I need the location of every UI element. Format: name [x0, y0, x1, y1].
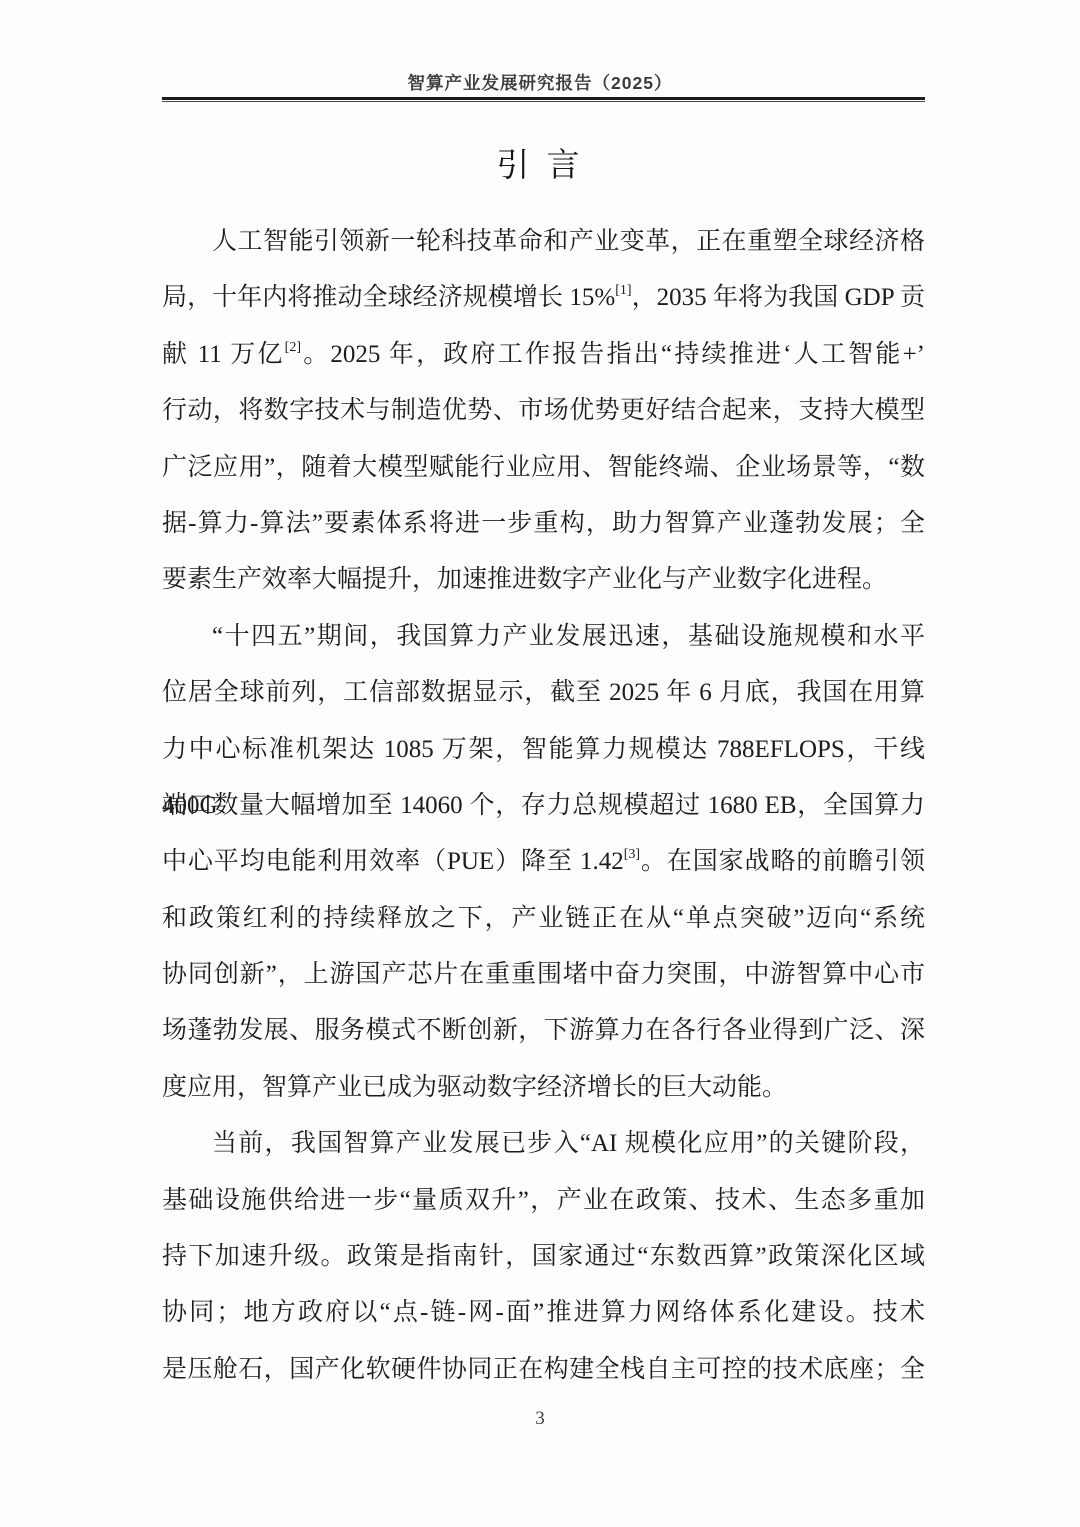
text-segment: 度应用，智算产业已成为驱动数字经济增长的巨大动能。	[162, 1074, 787, 1101]
paragraph-line: 持下加速升级。政策是指南针，国家通过“东数西算”政策深化区域	[162, 1229, 925, 1285]
text-segment: 场蓬勃发展、服务模式不断创新，下游算力在各行各业得到广泛、深	[162, 1017, 925, 1044]
text-segment: 基础设施供给进一步“量质双升”，产业在政策、技术、生态多重加	[162, 1187, 925, 1214]
text-segment: 广泛应用”，随着大模型赋能行业应用、智能终端、企业场景等，“数	[162, 454, 925, 481]
paragraph-line: 协同；地方政府以“点-链-网-面”推进算力网络体系化建设。技术	[162, 1285, 925, 1341]
running-header: 智算产业发展研究报告（2025）	[0, 70, 1080, 95]
text-segment: 行动，将数字技术与制造优势、市场优势更好结合起来，支持大模型	[162, 397, 925, 424]
paragraph-line: 行动，将数字技术与制造优势、市场优势更好结合起来，支持大模型	[162, 383, 925, 439]
paragraph-line: 和政策红利的持续释放之下，产业链正在从“单点突破”迈向“系统	[162, 891, 925, 947]
text-segment: 当前，我国智算产业发展已步入“AI 规模化应用”的关键阶段，	[212, 1130, 925, 1157]
page-title: 引 言	[0, 139, 1080, 186]
page-number: 3	[0, 1408, 1080, 1430]
paragraph-line: 位居全球前列，工信部数据显示，截至 2025 年 6 月底，我国在用算	[162, 665, 925, 721]
paragraph-line: 广泛应用”，随着大模型赋能行业应用、智能终端、企业场景等，“数	[162, 440, 925, 496]
text-segment: 。2025 年，政府工作报告指出“持续推进‘人工智能+’	[301, 341, 925, 368]
text-segment: 局，十年内将推动全球经济规模增长 15%	[162, 284, 615, 311]
text-segment: 和政策红利的持续释放之下，产业链正在从“单点突破”迈向“系统	[162, 905, 925, 932]
paragraph-line: 要素生产效率大幅提升，加速推进数字产业化与产业数字化进程。	[162, 552, 925, 608]
paragraph-line: 力中心标准机架达 1085 万架，智能算力规模达 788EFLOPS，干线 40…	[162, 722, 925, 778]
header-rule	[162, 97, 925, 102]
text-segment: 中心平均电能利用效率（PUE）降至 1.42	[162, 848, 624, 875]
text-segment: 协同；地方政府以“点-链-网-面”推进算力网络体系化建设。技术	[162, 1299, 925, 1326]
paragraph-line: 当前，我国智算产业发展已步入“AI 规模化应用”的关键阶段，	[162, 1116, 925, 1172]
paragraph-line: 端口数量大幅增加至 14060 个，存力总规模超过 1680 EB，全国算力	[162, 778, 925, 834]
document-page: 智算产业发展研究报告（2025） 引 言 人工智能引领新一轮科技革命和产业变革，…	[0, 0, 1080, 1527]
paragraph-line: 局，十年内将推动全球经济规模增长 15%[1]，2035 年将为我国 GDP 贡	[162, 270, 925, 326]
paragraph-line: “十四五”期间，我国算力产业发展迅速，基础设施规模和水平	[162, 609, 925, 665]
text-segment: 协同创新”，上游国产芯片在重重围堵中奋力突围，中游智算中心市	[162, 961, 925, 988]
footnote-ref: [1]	[615, 283, 631, 298]
text-segment: 据-算力-算法”要素体系将进一步重构，助力智算产业蓬勃发展；全	[162, 510, 925, 537]
footnote-ref: [3]	[624, 847, 640, 862]
text-segment: 要素生产效率大幅提升，加速推进数字产业化与产业数字化进程。	[162, 566, 887, 593]
text-segment: 端口数量大幅增加至 14060 个，存力总规模超过 1680 EB，全国算力	[162, 792, 925, 819]
text-segment: 是压舱石，国产化软硬件协同正在构建全栈自主可控的技术底座；全	[162, 1356, 925, 1383]
text-segment: “十四五”期间，我国算力产业发展迅速，基础设施规模和水平	[212, 623, 925, 650]
text-segment: 位居全球前列，工信部数据显示，截至 2025 年 6 月底，我国在用算	[162, 679, 925, 706]
paragraph-line: 是压舱石，国产化软硬件协同正在构建全栈自主可控的技术底座；全	[162, 1342, 925, 1398]
text-segment: 。在国家战略的前瞻引领	[640, 848, 925, 875]
text-segment: 献 11 万亿	[162, 341, 285, 368]
paragraph-line: 献 11 万亿[2]。2025 年，政府工作报告指出“持续推进‘人工智能+’	[162, 327, 925, 383]
text-segment: ，2035 年将为我国 GDP 贡	[632, 284, 925, 311]
paragraph-line: 人工智能引领新一轮科技革命和产业变革，正在重塑全球经济格	[162, 214, 925, 270]
body-text: 人工智能引领新一轮科技革命和产业变革，正在重塑全球经济格局，十年内将推动全球经济…	[162, 214, 925, 1398]
text-segment: 持下加速升级。政策是指南针，国家通过“东数西算”政策深化区域	[162, 1243, 925, 1270]
paragraph-line: 协同创新”，上游国产芯片在重重围堵中奋力突围，中游智算中心市	[162, 947, 925, 1003]
paragraph-line: 场蓬勃发展、服务模式不断创新，下游算力在各行各业得到广泛、深	[162, 1003, 925, 1059]
paragraph-line: 基础设施供给进一步“量质双升”，产业在政策、技术、生态多重加	[162, 1173, 925, 1229]
text-segment: 人工智能引领新一轮科技革命和产业变革，正在重塑全球经济格	[212, 228, 925, 255]
footnote-ref: [2]	[285, 340, 301, 355]
paragraph-line: 中心平均电能利用效率（PUE）降至 1.42[3]。在国家战略的前瞻引领	[162, 834, 925, 890]
paragraph-line: 度应用，智算产业已成为驱动数字经济增长的巨大动能。	[162, 1060, 925, 1116]
paragraph-line: 据-算力-算法”要素体系将进一步重构，助力智算产业蓬勃发展；全	[162, 496, 925, 552]
